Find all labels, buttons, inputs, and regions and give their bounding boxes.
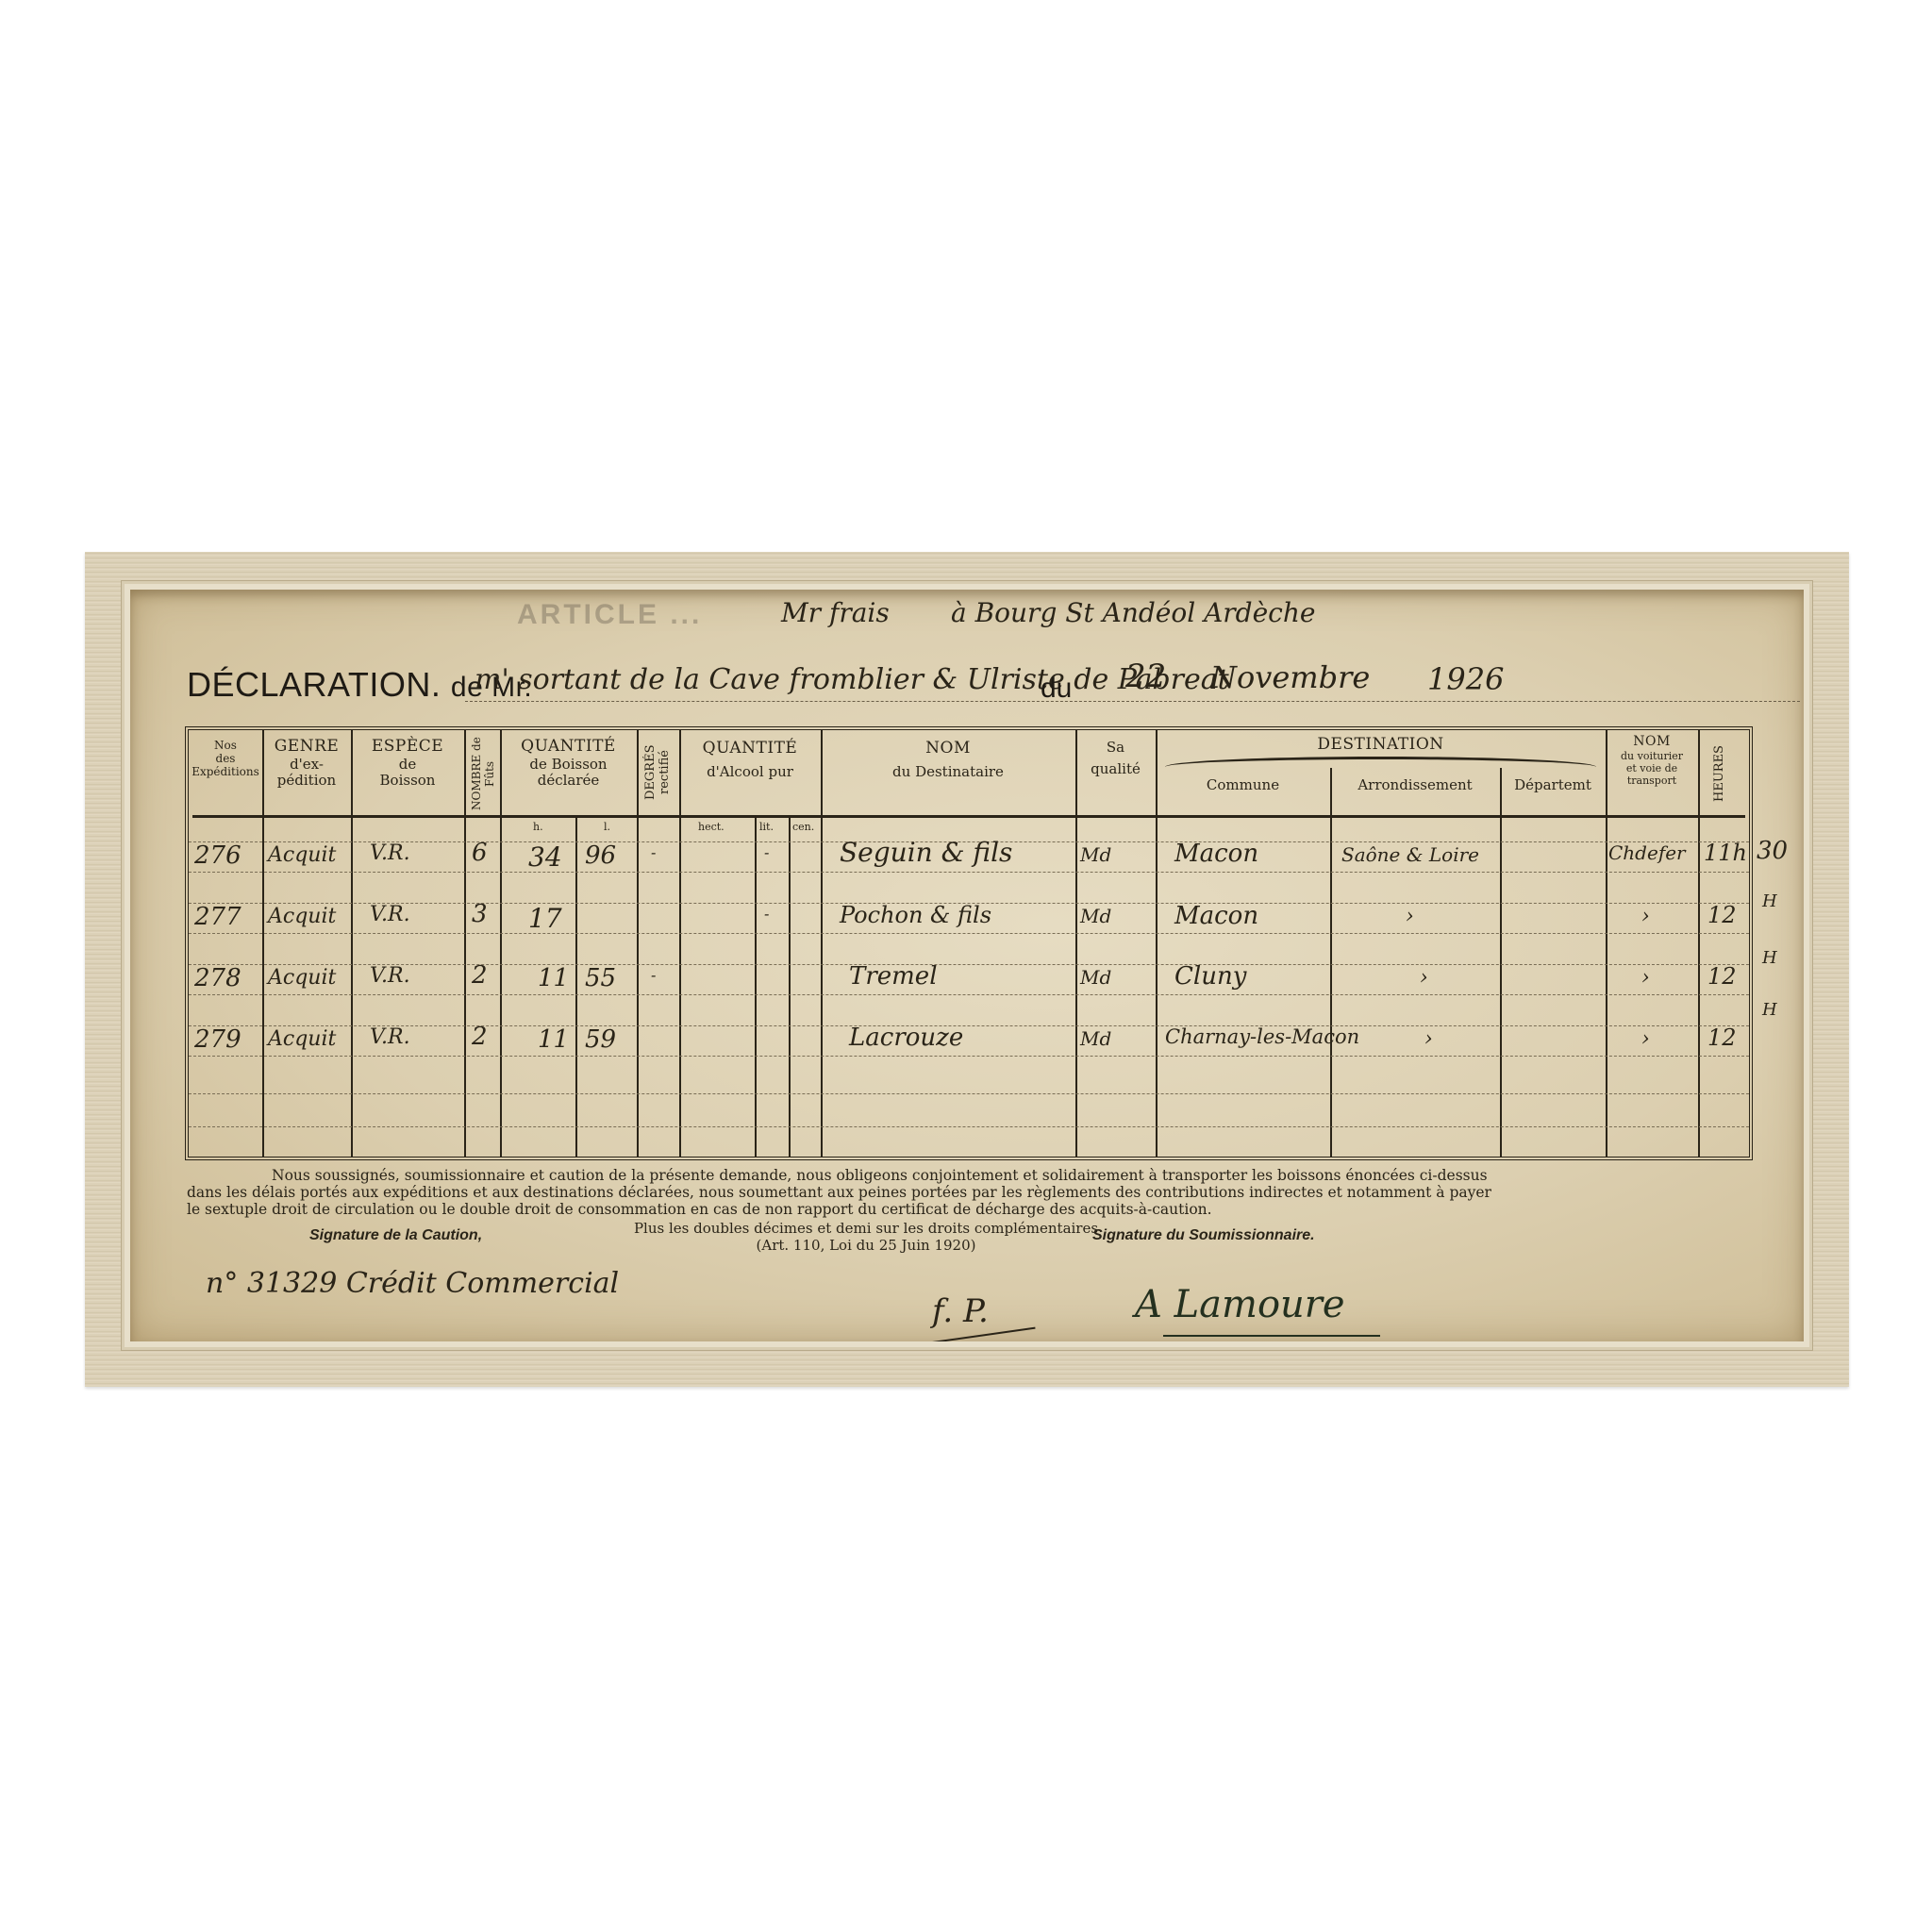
notice-line-2: dans les délais portés aux expéditions e… bbox=[187, 1184, 1753, 1201]
cell-no: 277 bbox=[194, 903, 241, 931]
cell-voiturier: › bbox=[1641, 1027, 1650, 1051]
cell-degres: - bbox=[651, 843, 656, 861]
cell-qualite: Md bbox=[1080, 1027, 1111, 1050]
cell-degres: - bbox=[651, 966, 656, 984]
header-nos: Nos des Expéditions bbox=[189, 740, 262, 823]
cell-l: 59 bbox=[585, 1025, 616, 1054]
header-alcool: QUANTITÉ d'Alcool pur bbox=[679, 740, 821, 823]
row-line bbox=[189, 1056, 1749, 1057]
cell-nom: Pochon & fils bbox=[840, 902, 991, 928]
top-handwriting-2: à Bourg St Andéol Ardèche bbox=[951, 597, 1315, 628]
soumissionnaire-signature-label: Signature du Soumissionnaire. bbox=[1092, 1227, 1315, 1244]
col-sep bbox=[575, 815, 577, 1157]
header-destination: DESTINATION bbox=[1156, 736, 1606, 758]
header-heures: HEURES bbox=[1712, 736, 1726, 811]
caution-signature: n° 31329 Crédit Commercial bbox=[206, 1267, 619, 1300]
header-espece: ESPÈCE de Boisson bbox=[351, 738, 464, 821]
date-year: 1926 bbox=[1427, 661, 1504, 697]
cell-hl: 17 bbox=[528, 903, 562, 934]
picture-frame: ARTICLE ... Mr frais à Bourg St Andéol A… bbox=[85, 552, 1849, 1387]
sub-hl: h. bbox=[533, 821, 543, 833]
cell-no: 276 bbox=[194, 841, 241, 870]
soumissionnaire-underline bbox=[1163, 1335, 1380, 1337]
row-line bbox=[189, 1126, 1749, 1127]
col-sep bbox=[1500, 768, 1502, 1157]
cell-voiturier: Chdefer bbox=[1608, 841, 1686, 864]
cell-arrondissement: › bbox=[1424, 1027, 1433, 1051]
cell-nom: Seguin & fils bbox=[840, 837, 1012, 868]
cell-commune: Macon bbox=[1174, 840, 1258, 868]
col-sep bbox=[755, 815, 757, 1157]
declaration-table: Nos des Expéditions GENRE d'ex- pédition… bbox=[185, 726, 1753, 1160]
header-departement: Départemt bbox=[1500, 777, 1606, 806]
cell-arrondissement: › bbox=[1420, 966, 1428, 990]
margin-note-row4: H bbox=[1762, 1000, 1777, 1020]
header-voiturier: NOM du voiturier et voie de transport bbox=[1606, 734, 1698, 817]
declarant-handwriting: m' sortant de la Cave fromblier & Ulrist… bbox=[475, 663, 1229, 696]
cell-lit: - bbox=[764, 843, 769, 861]
cell-nom: Tremel bbox=[849, 962, 938, 991]
header-nom: NOM du Destinataire bbox=[821, 740, 1075, 823]
cell-espece: V.R. bbox=[370, 1025, 410, 1049]
cell-genre: Acquit bbox=[268, 966, 336, 990]
cell-no: 278 bbox=[194, 964, 241, 992]
cell-no: 279 bbox=[194, 1025, 241, 1054]
decimes-note: Plus les doubles décimes et demi sur les… bbox=[621, 1220, 1111, 1254]
soumissionnaire-signature: A Lamoure bbox=[1135, 1283, 1345, 1326]
cell-commune: Cluny bbox=[1174, 962, 1246, 991]
top-handwriting-1: Mr frais bbox=[781, 597, 890, 628]
col-sep bbox=[1330, 768, 1332, 1157]
cell-hl: 34 bbox=[528, 841, 562, 873]
header-nombre: NOMBRE de Fûts bbox=[470, 736, 496, 811]
sub-lit: lit. bbox=[759, 821, 774, 833]
paraphe-signature: f. P. bbox=[932, 1292, 989, 1330]
row-line bbox=[189, 933, 1749, 934]
cell-futs: 3 bbox=[472, 900, 488, 928]
margin-note-row1: 30 bbox=[1757, 837, 1788, 865]
cell-heures: 11h bbox=[1704, 840, 1747, 866]
cell-voiturier: › bbox=[1641, 966, 1650, 990]
cell-heures: 12 bbox=[1707, 902, 1737, 928]
sub-l: l. bbox=[604, 821, 610, 833]
notice-line-1: Nous soussignés, soumissionnaire et caut… bbox=[187, 1167, 1753, 1184]
cell-espece: V.R. bbox=[370, 964, 410, 988]
cell-arrondissement: › bbox=[1406, 905, 1414, 928]
date-day: 22 bbox=[1125, 658, 1166, 695]
row-line bbox=[189, 964, 1749, 965]
cell-arrondissement: Saône & Loire bbox=[1341, 843, 1479, 866]
legal-notice: Nous soussignés, soumissionnaire et caut… bbox=[187, 1167, 1753, 1218]
col-sep bbox=[789, 815, 791, 1157]
row-line bbox=[189, 872, 1749, 873]
cell-genre: Acquit bbox=[268, 1027, 336, 1051]
header-commune: Commune bbox=[1156, 777, 1330, 806]
header-rule bbox=[192, 815, 1745, 818]
caution-signature-label: Signature de la Caution, bbox=[309, 1227, 482, 1244]
margin-note-row3: H bbox=[1762, 948, 1777, 968]
cell-commune: Charnay-les-Macon bbox=[1165, 1025, 1359, 1048]
margin-note-row2: H bbox=[1762, 891, 1777, 911]
cell-commune: Macon bbox=[1174, 902, 1258, 930]
declaration-paper: ARTICLE ... Mr frais à Bourg St Andéol A… bbox=[130, 590, 1804, 1341]
cell-qualite: Md bbox=[1080, 966, 1111, 989]
sub-cen: cen. bbox=[792, 821, 814, 833]
cell-futs: 6 bbox=[472, 839, 488, 867]
faded-stamp: ARTICLE ... bbox=[517, 599, 702, 631]
title-label: DÉCLARATION bbox=[187, 665, 431, 704]
row-line bbox=[189, 1025, 1749, 1026]
cell-qualite: Md bbox=[1080, 843, 1111, 866]
cell-genre: Acquit bbox=[268, 905, 336, 928]
title-dotted-line bbox=[465, 701, 1800, 702]
header-quantite: QUANTITÉ de Boisson déclarée bbox=[500, 738, 637, 821]
cell-l: 96 bbox=[585, 841, 616, 870]
cell-hl: 11 bbox=[538, 964, 569, 992]
cell-nom: Lacrouze bbox=[849, 1024, 963, 1052]
header-degres: DEGRÉS rectifié bbox=[643, 734, 672, 811]
cell-futs: 2 bbox=[472, 1023, 488, 1051]
cell-heures: 12 bbox=[1707, 1024, 1737, 1051]
cell-l: 55 bbox=[585, 964, 616, 992]
sub-hect: hect. bbox=[698, 821, 724, 833]
cell-qualite: Md bbox=[1080, 905, 1111, 927]
cell-heures: 12 bbox=[1707, 963, 1737, 990]
cell-genre: Acquit bbox=[268, 843, 336, 867]
cell-espece: V.R. bbox=[370, 903, 410, 926]
cell-lit: - bbox=[764, 905, 769, 923]
header-qualite: Sa qualité bbox=[1075, 740, 1156, 823]
row-line bbox=[189, 994, 1749, 995]
date-month: Novembre bbox=[1210, 659, 1370, 695]
title-du: du bbox=[1041, 673, 1072, 705]
header-arrondissement: Arrondissement bbox=[1330, 777, 1500, 806]
cell-voiturier: › bbox=[1641, 905, 1650, 928]
header-genre: GENRE d'ex- pédition bbox=[262, 738, 351, 821]
cell-futs: 2 bbox=[472, 961, 488, 990]
cell-espece: V.R. bbox=[370, 841, 410, 865]
row-line bbox=[189, 1093, 1749, 1094]
cell-hl: 11 bbox=[538, 1025, 569, 1054]
notice-line-3: le sextuple droit de circulation ou le d… bbox=[187, 1201, 1753, 1218]
